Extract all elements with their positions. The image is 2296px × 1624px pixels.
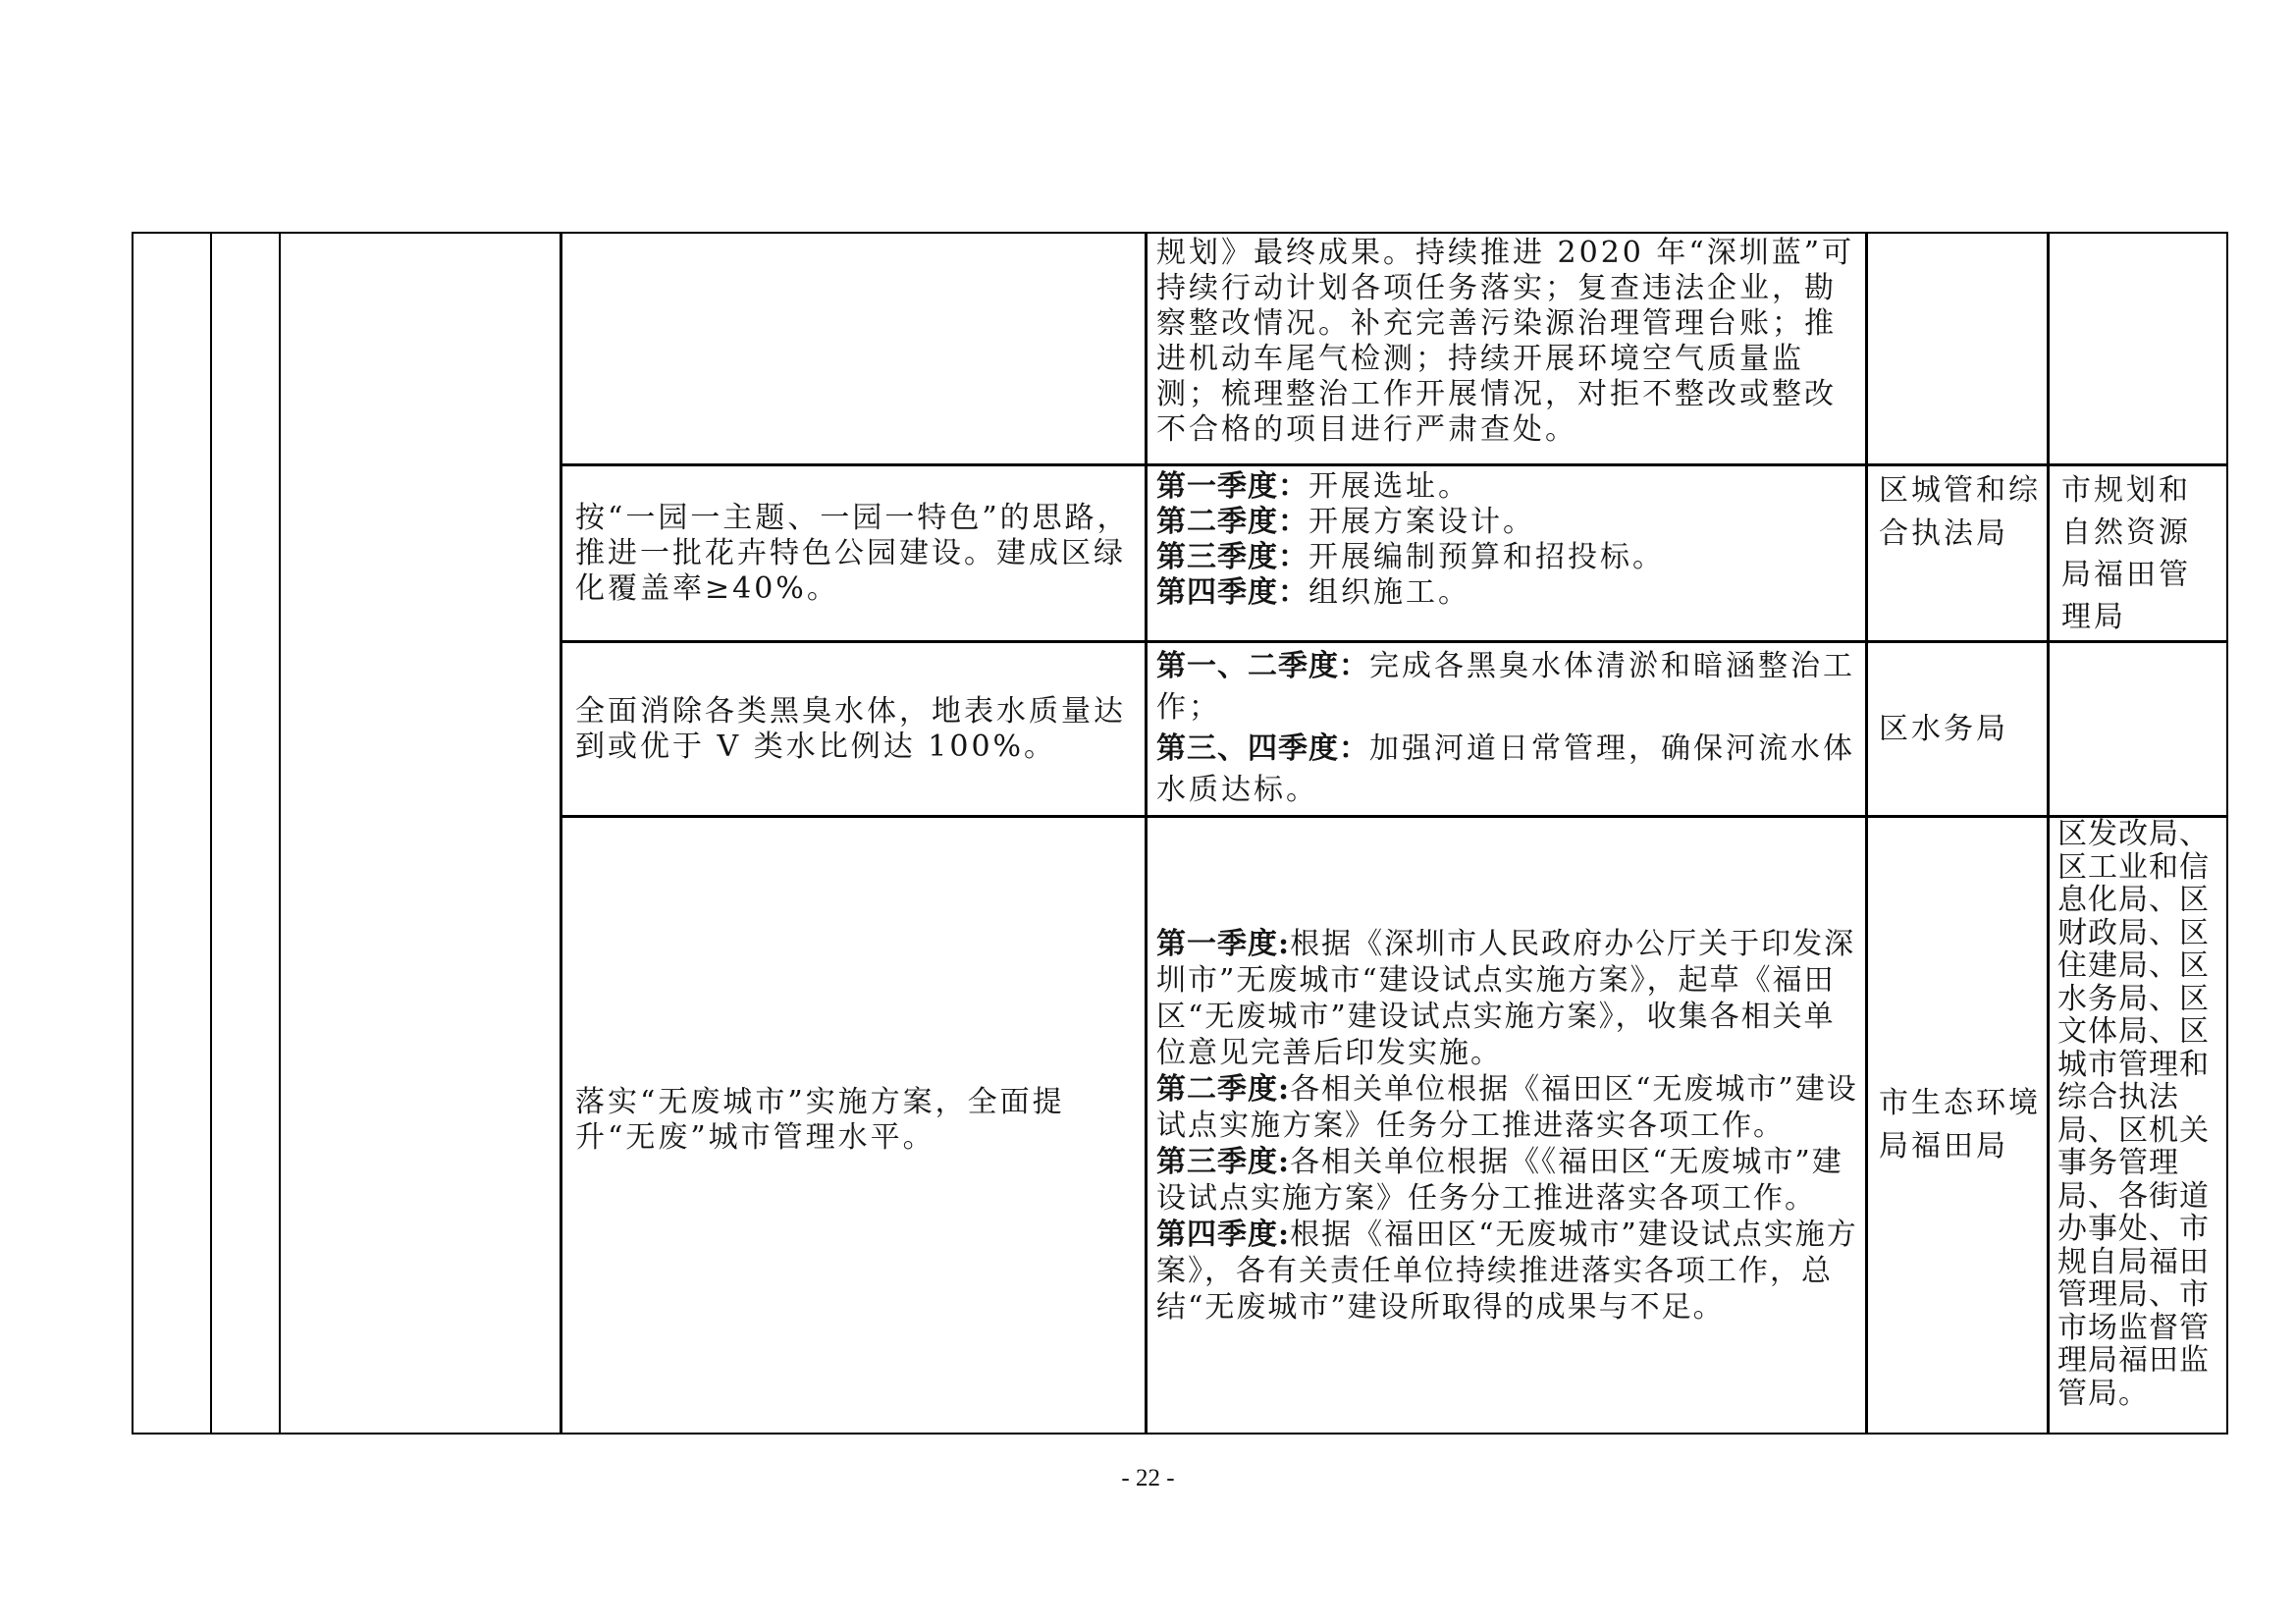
row-1-goal-cell: 按“一园一主题、一园一特色”的思路，推进一批花卉特色公园建设。建成区绿化覆盖率≥… xyxy=(575,466,1139,640)
quarter-text: 开展编制预算和招投标。 xyxy=(1308,540,1665,574)
schedule-item: 第一季度:根据《深圳市人民政府办公厅关于印发深圳市”无废城市“建设试点实施方案》… xyxy=(1156,926,1859,1071)
document-page: 规划》最终成果。持续推进 2020 年“深圳蓝”可持续行动计划各项任务落实；复查… xyxy=(0,0,2296,1624)
row-1-lead-unit-cell: 区城管和综合执法局 xyxy=(1879,469,2042,640)
goal-text: 按“一园一主题、一园一特色”的思路，推进一批花卉特色公园建设。建成区绿化覆盖率≥… xyxy=(575,501,1139,607)
quarter-label: 第一季度: xyxy=(1156,927,1290,961)
quarter-label: 第三季度： xyxy=(1156,540,1308,574)
column-divider xyxy=(210,232,212,1435)
work-plan-table: 规划》最终成果。持续推进 2020 年“深圳蓝”可持续行动计划各项任务落实；复查… xyxy=(132,232,2228,1435)
table-border-left xyxy=(132,232,133,1435)
table-border-bottom xyxy=(132,1433,2228,1435)
row-3-lead-unit-cell: 市生态环境局福田局 xyxy=(1879,818,2042,1433)
cooperating-units-text: 市规划和自然资源局福田管理局 xyxy=(2061,473,2191,634)
schedule-item: 第四季度:根据《福田区“无废城市”建设试点实施方案》，各有关责任单位持续推进落实… xyxy=(1156,1217,1859,1326)
column-divider xyxy=(1145,232,1148,1435)
quarter-label: 第四季度: xyxy=(1156,1218,1290,1252)
quarter-label: 第一、二季度： xyxy=(1156,649,1369,683)
column-divider xyxy=(279,232,281,1435)
row-1-cooperating-cell: 市规划和自然资源局福田管理局 xyxy=(2061,469,2222,640)
cooperating-units-text: 区发改局、区工业和信息化局、区财政局、区住建局、区水务局、区文体局、区城市管理和… xyxy=(2057,818,2210,1411)
quarter-label: 第三、四季度： xyxy=(1156,731,1369,766)
row-3-goal-cell: 落实“无废城市”实施方案，全面提升“无废”城市管理水平。 xyxy=(575,818,1139,1433)
quarter-label: 第四季度： xyxy=(1156,575,1308,610)
goal-text: 全面消除各类黑臭水体，地表水质量达到或优于 V 类水比例达 100%。 xyxy=(575,694,1139,765)
row-0-schedule-cell: 规划》最终成果。持续推进 2020 年“深圳蓝”可持续行动计划各项任务落实；复查… xyxy=(1156,234,1859,463)
lead-unit-text: 区水务局 xyxy=(1879,712,2008,747)
row-2-schedule-cell: 第一、二季度：完成各黑臭水体清淤和暗涵整治工作； 第三、四季度：加强河道日常管理… xyxy=(1156,646,1859,815)
schedule-item: 第三季度：开展编制预算和招投标。 xyxy=(1156,540,1859,575)
quarter-label: 第一季度： xyxy=(1156,469,1308,504)
schedule-item: 第四季度：组织施工。 xyxy=(1156,575,1859,611)
row-2-goal-cell: 全面消除各类黑臭水体，地表水质量达到或优于 V 类水比例达 100%。 xyxy=(575,643,1139,815)
quarter-label: 第二季度： xyxy=(1156,505,1308,539)
row-2-cooperating-cell xyxy=(2061,643,2222,815)
lead-unit-text: 区城管和综合执法局 xyxy=(1879,473,2041,551)
row-2-lead-unit-cell: 区水务局 xyxy=(1879,643,2042,815)
quarter-text: 开展选址。 xyxy=(1308,469,1470,504)
page-number: - 22 - xyxy=(0,1465,2296,1492)
schedule-item: 第二季度:各相关单位根据《福田区“无废城市”建设试点实施方案》任务分工推进落实各… xyxy=(1156,1071,1859,1144)
column-divider xyxy=(2047,232,2050,1435)
schedule-item: 第三季度:各相关单位根据《《福田区“无废城市”建设试点实施方案》任务分工推进落实… xyxy=(1156,1144,1859,1217)
quarter-text: 组织施工。 xyxy=(1308,575,1470,610)
schedule-item: 第一、二季度：完成各黑臭水体清淤和暗涵整治工作； xyxy=(1156,646,1859,729)
schedule-item: 第三、四季度：加强河道日常管理，确保河流水体水质达标。 xyxy=(1156,729,1859,811)
table-border-right xyxy=(2226,232,2228,1435)
quarter-label: 第三季度: xyxy=(1156,1145,1290,1179)
row-1-schedule-cell: 第一季度：开展选址。 第二季度：开展方案设计。 第三季度：开展编制预算和招投标。… xyxy=(1156,469,1859,640)
schedule-item: 第一季度：开展选址。 xyxy=(1156,469,1859,505)
column-divider xyxy=(1865,232,1868,1435)
goal-text: 落实“无废城市”实施方案，全面提升“无废”城市管理水平。 xyxy=(575,1085,1139,1156)
column-divider xyxy=(560,232,562,1435)
quarter-text: 开展方案设计。 xyxy=(1308,505,1535,539)
row-3-cooperating-cell: 区发改局、区工业和信息化局、区财政局、区住建局、区水务局、区文体局、区城市管理和… xyxy=(2057,818,2222,1433)
quarter-label: 第二季度: xyxy=(1156,1072,1290,1107)
schedule-item: 第二季度：开展方案设计。 xyxy=(1156,505,1859,540)
row-3-schedule-cell: 第一季度:根据《深圳市人民政府办公厅关于印发深圳市”无废城市“建设试点实施方案》… xyxy=(1156,818,1859,1433)
lead-unit-text: 市生态环境局福田局 xyxy=(1879,1082,2042,1168)
schedule-text: 规划》最终成果。持续推进 2020 年“深圳蓝”可持续行动计划各项任务落实；复查… xyxy=(1156,236,1859,448)
